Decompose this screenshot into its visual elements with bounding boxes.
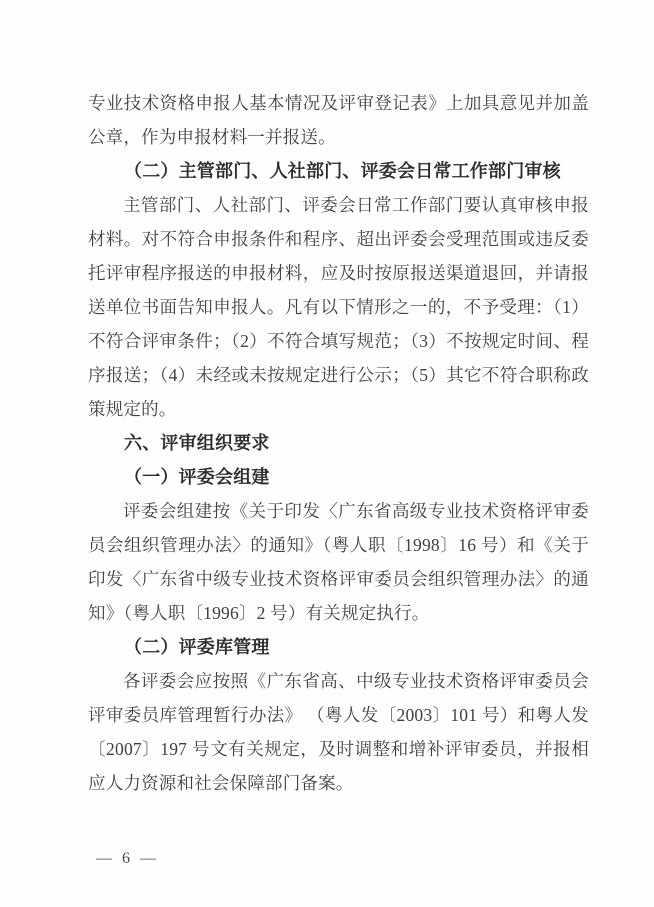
- chapter-heading: 六、评审组织要求: [88, 426, 589, 460]
- section-heading: （一）评委会组建: [88, 460, 589, 494]
- text-line: 不符合评审条件；（2）不符合填写规范；（3）不按规定时间、程: [88, 324, 589, 358]
- text-line: 各评委会应按照《广东省高、中级专业技术资格评审委员会: [88, 664, 589, 698]
- text-line: 送单位书面告知申报人。凡有以下情形之一的，不予受理：（1）: [88, 290, 589, 324]
- text-line: 应人力资源和社会保障部门备案。: [88, 766, 589, 800]
- text-line: 员会组织管理办法〉的通知》（粤人职〔1998〕16 号）和《关于: [88, 528, 589, 562]
- text-line: 评审委员库管理暂行办法》 （粤人发〔2003〕101 号）和粤人发: [88, 698, 589, 732]
- text-line: 印发〈广东省中级专业技术资格评审委员会组织管理办法〉的通: [88, 562, 589, 596]
- section-heading: （二）评委库管理: [88, 630, 589, 664]
- text-line: 知》（粤人职〔1996〕2 号）有关规定执行。: [88, 596, 589, 630]
- section-heading: （二）主管部门、人社部门、评委会日常工作部门审核: [88, 154, 589, 188]
- text-line: 主管部门、人社部门、评委会日常工作部门要认真审核申报: [88, 188, 589, 222]
- text-line: 材料。对不符合申报条件和程序、超出评委会受理范围或违反委: [88, 222, 589, 256]
- text-line: 序报送；（4）未经或未按规定进行公示；（5）其它不符合职称政: [88, 358, 589, 392]
- text-line: 托评审程序报送的申报材料，应及时按原报送渠道退回，并请报: [88, 256, 589, 290]
- page-number: — 6 —: [96, 850, 159, 868]
- document-page: 专业技术资格申报人基本情况及评审登记表》上加具意见并加盖 公章，作为申报材料一并…: [0, 0, 654, 907]
- text-line: 评委会组建按《关于印发〈广东省高级专业技术资格评审委: [88, 494, 589, 528]
- text-line: 策规定的。: [88, 392, 589, 426]
- text-line: 〔2007〕197 号文有关规定，及时调整和增补评审委员，并报相: [88, 732, 589, 766]
- text-line: 专业技术资格申报人基本情况及评审登记表》上加具意见并加盖: [88, 86, 589, 120]
- text-line: 公章，作为申报材料一并报送。: [88, 120, 589, 154]
- document-body: 专业技术资格申报人基本情况及评审登记表》上加具意见并加盖 公章，作为申报材料一并…: [88, 86, 589, 800]
